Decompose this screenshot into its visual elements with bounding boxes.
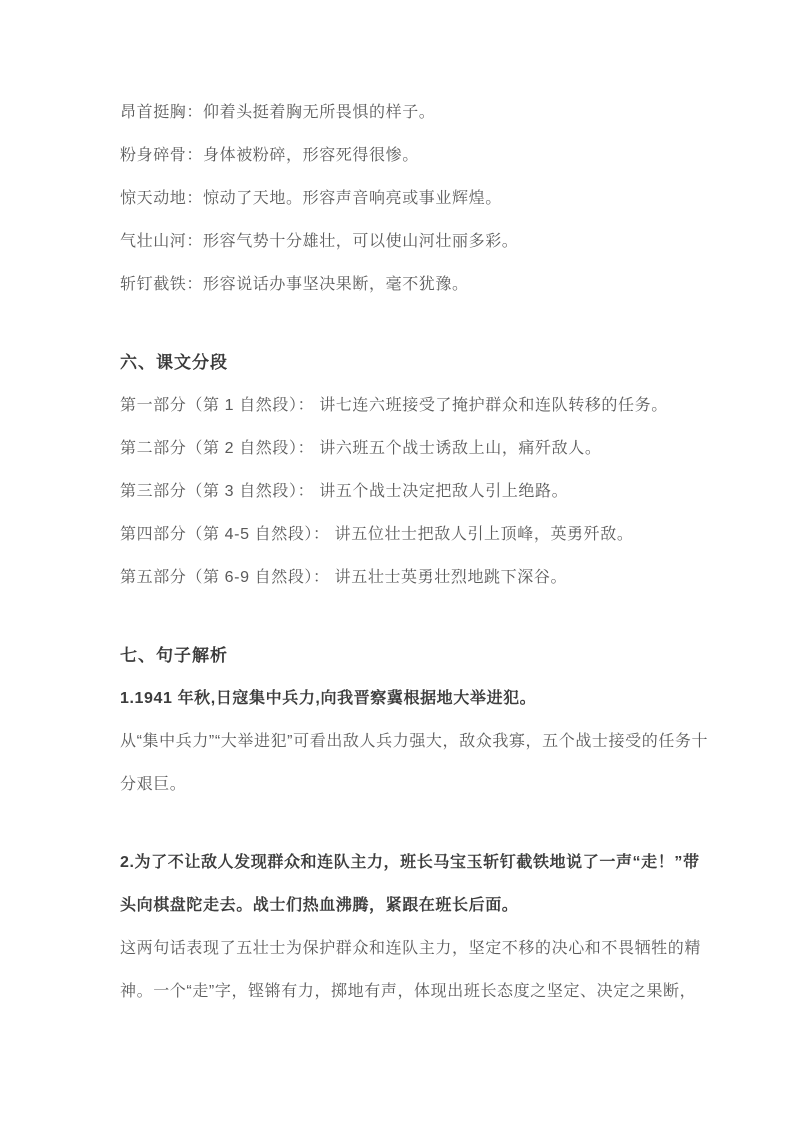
- sentence2-quote-line: 2.为了不让敌人发现群众和连队主力，班长马宝玉斩钉截铁地说了一声“走！”带: [120, 841, 723, 884]
- section-six-part-line: 第二部分（第 2 自然段）： 讲六班五个战士诱敌上山，痛歼敌人。: [120, 427, 723, 470]
- definition-line: 气壮山河：形容气势十分雄壮，可以使山河壮丽多彩。: [120, 220, 723, 263]
- sentence2-quote-line: 头向棋盘陀走去。战士们热血沸腾，紧跟在班长后面。: [120, 884, 723, 927]
- sentence1-analysis-line: 从“集中兵力”“大举进犯”可看出敌人兵力强大，敌众我寡，五个战士接受的任务十: [120, 720, 723, 763]
- document-content: 昂首挺胸：仰着头挺着胸无所畏惧的样子。 粉身碎骨：身体被粉碎，形容死得很惨。 惊…: [0, 0, 793, 1013]
- section-six-part-line: 第一部分（第 1 自然段）： 讲七连六班接受了掩护群众和连队转移的任务。: [120, 384, 723, 427]
- section-seven-heading: 七、句子解析: [120, 634, 723, 677]
- definition-line: 粉身碎骨：身体被粉碎，形容死得很惨。: [120, 134, 723, 177]
- sentence1-analysis-line: 分艰巨。: [120, 763, 723, 806]
- section-six-part-line: 第三部分（第 3 自然段）： 讲五个战士决定把敌人引上绝路。: [120, 470, 723, 513]
- definition-line: 斩钉截铁：形容说话办事坚决果断，毫不犹豫。: [120, 263, 723, 306]
- definition-line: 惊天动地：惊动了天地。形容声音响亮或事业辉煌。: [120, 177, 723, 220]
- section-six-part-line: 第四部分（第 4-5 自然段）： 讲五位壮士把敌人引上顶峰，英勇歼敌。: [120, 513, 723, 556]
- sentence2-analysis-line: 这两句话表现了五壮士为保护群众和连队主力，坚定不移的决心和不畏牺牲的精: [120, 927, 723, 970]
- section-six-heading: 六、课文分段: [120, 341, 723, 384]
- document-page: 昂首挺胸：仰着头挺着胸无所畏惧的样子。 粉身碎骨：身体被粉碎，形容死得很惨。 惊…: [0, 0, 793, 1122]
- definition-line: 昂首挺胸：仰着头挺着胸无所畏惧的样子。: [120, 91, 723, 134]
- section-six-part-line: 第五部分（第 6-9 自然段）： 讲五壮士英勇壮烈地跳下深谷。: [120, 556, 723, 599]
- sentence2-analysis-line: 神。一个“走”字，铿锵有力，掷地有声，体现出班长态度之坚定、决定之果断，: [120, 970, 723, 1013]
- sentence1-quote-line: 1.1941 年秋,日寇集中兵力,向我晋察冀根据地大举进犯。: [120, 677, 723, 720]
